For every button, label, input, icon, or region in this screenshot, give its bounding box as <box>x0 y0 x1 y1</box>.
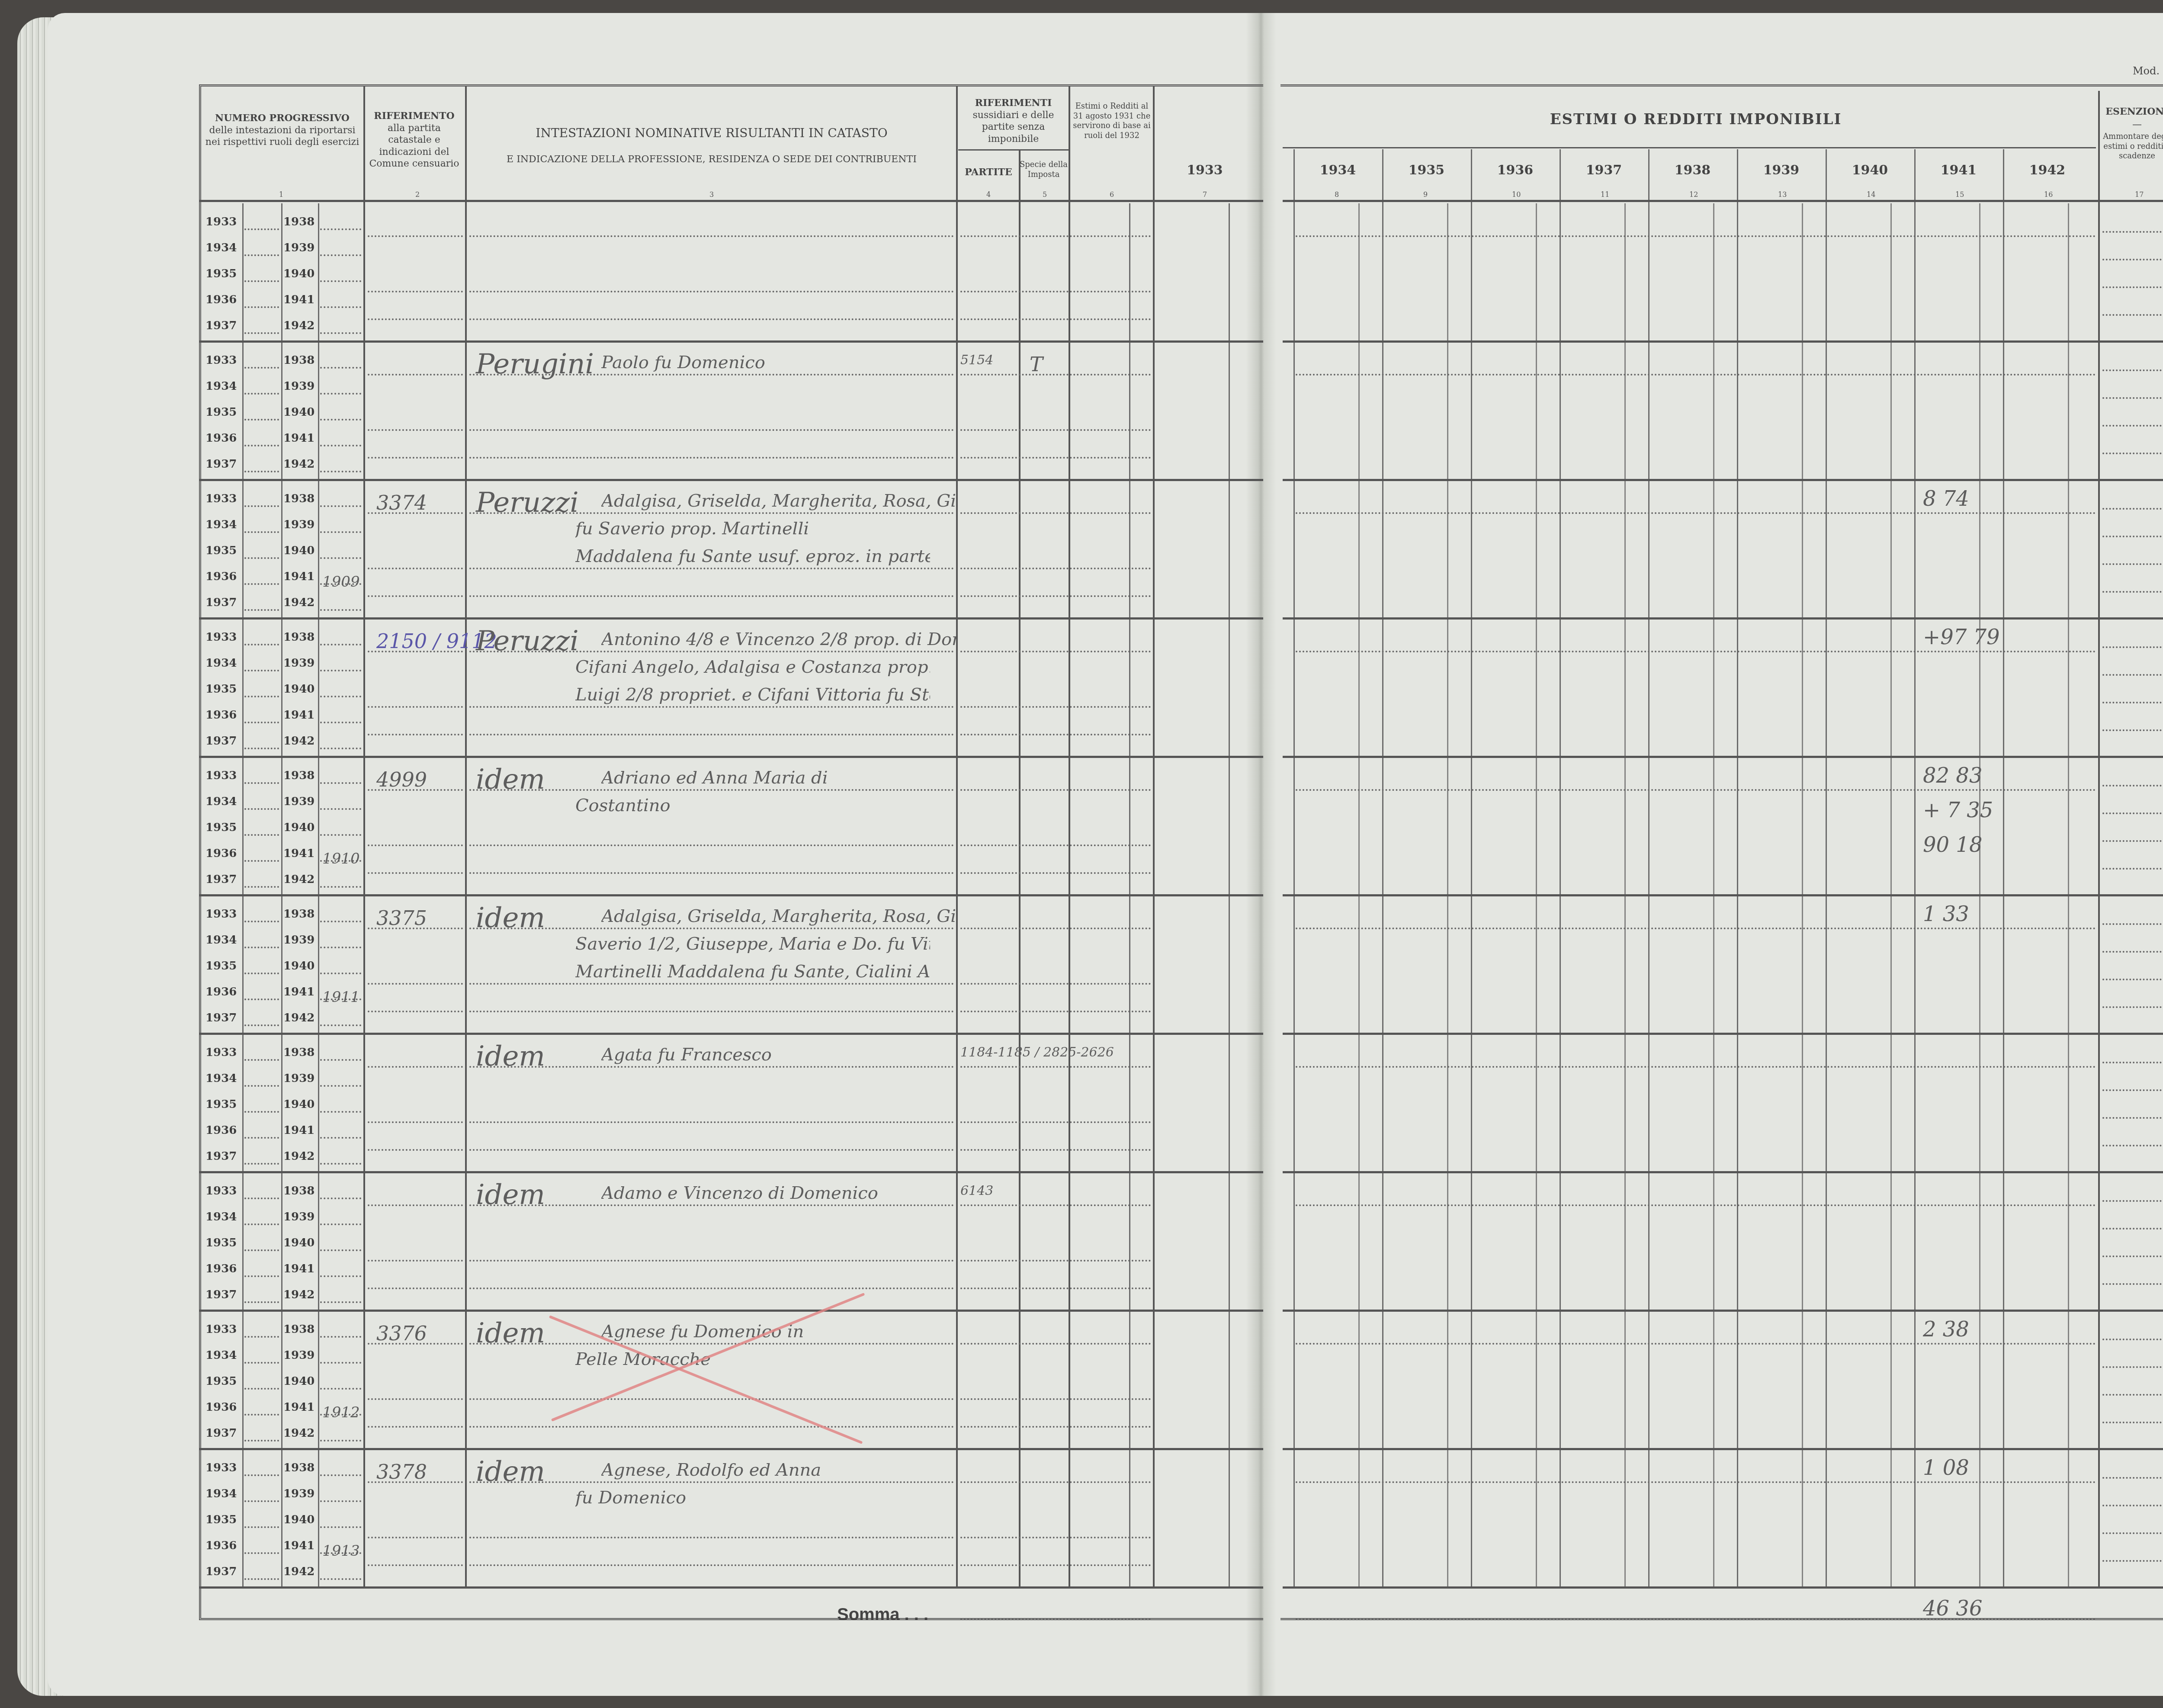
entry-dots <box>2102 979 2163 980</box>
left-vline-7 <box>1153 87 1155 1588</box>
entry-dots <box>960 1564 1151 1566</box>
record-separator <box>1283 340 2163 343</box>
entry-dots <box>2102 1477 2163 1479</box>
amount-1941: 82 83 <box>1923 764 1982 788</box>
entry-dots <box>1296 1204 2096 1206</box>
year-label: 1937 <box>205 1288 237 1301</box>
entry-dots <box>469 706 954 708</box>
left-header-rule <box>199 200 1263 202</box>
owner-name-line: Adalgisa, Griselda, Margherita, Rosa, Gi… <box>601 491 956 511</box>
col1-subtitle: delle intestazioni da riportarsi nei ris… <box>203 125 361 148</box>
subsidiary-partite: 5154 <box>960 353 993 368</box>
entry-dots <box>2102 1062 2163 1063</box>
year-label: 1934 <box>205 1487 237 1500</box>
somma-dots <box>1296 1618 2096 1620</box>
year-label: 1942 <box>283 319 315 332</box>
col5-title: Specie della Imposta <box>1019 160 1069 180</box>
year-label: 1942 <box>283 1427 315 1440</box>
entry-dots <box>244 1301 279 1303</box>
year-label: 1936 <box>205 1539 237 1552</box>
entry-dots <box>960 318 1151 320</box>
entry-dots <box>1296 1481 2096 1483</box>
entry-dots <box>244 583 279 585</box>
entry-dots <box>320 782 361 784</box>
year-label: 1940 <box>283 960 315 973</box>
owner-surname: idem <box>476 1179 545 1211</box>
entry-dots <box>244 609 279 611</box>
record-separator <box>199 894 1263 896</box>
entry-dots <box>244 782 279 784</box>
year-label: 1935 <box>205 960 237 973</box>
entry-dots <box>368 318 463 320</box>
entry-dots <box>320 644 361 645</box>
entry-dots <box>244 748 279 749</box>
owner-name-line: Cifani Angelo, Adalgisa e Costanza prop.… <box>575 657 930 677</box>
col5-number: 5 <box>1043 190 1047 199</box>
entry-dots <box>244 973 279 974</box>
entry-dots <box>320 947 361 948</box>
record-separator <box>199 1448 1263 1450</box>
year-label: 1935 <box>205 683 237 696</box>
entry-dots <box>320 1085 361 1087</box>
year-label: 1939 <box>283 518 315 531</box>
entry-dots <box>960 1260 1151 1262</box>
year-label: 1937 <box>205 1565 237 1578</box>
entry-dots <box>320 228 361 230</box>
entry-dots <box>960 1398 1151 1400</box>
entry-dots <box>368 235 463 237</box>
entry-dots <box>244 1059 279 1061</box>
subsidiary-partite: 6143 <box>960 1183 993 1198</box>
year-header-1941: 1941 <box>1914 162 2003 179</box>
entry-dots <box>244 1085 279 1087</box>
owner-name-line: Pelle Moracche <box>575 1349 711 1369</box>
record-separator <box>199 1310 1263 1312</box>
progressive-number: 1910 <box>322 850 360 867</box>
entry-dots <box>244 1388 279 1390</box>
entry-dots <box>2102 674 2163 676</box>
entry-dots <box>368 1537 463 1538</box>
entry-dots <box>368 429 463 431</box>
year-label: 1933 <box>205 1046 237 1059</box>
col6-number: 6 <box>1110 190 1114 199</box>
year-label: 1937 <box>205 1011 237 1024</box>
entry-dots <box>244 921 279 922</box>
entry-dots <box>244 1163 279 1165</box>
entry-dots <box>368 1149 463 1151</box>
entry-dots <box>368 844 463 846</box>
entry-dots <box>244 1578 279 1580</box>
entry-dots <box>368 1398 463 1400</box>
record-separator <box>199 1033 1263 1035</box>
entry-dots <box>320 609 361 611</box>
year-label: 1939 <box>283 1210 315 1223</box>
entry-dots <box>960 1011 1151 1012</box>
year-label: 1937 <box>205 873 237 886</box>
record-separator <box>1283 1033 2163 1035</box>
entry-dots <box>320 471 361 472</box>
entry-dots <box>2102 1089 2163 1091</box>
entry-dots <box>320 445 361 446</box>
cadastral-partita: 3376 <box>376 1322 427 1345</box>
entry-dots <box>2102 951 2163 953</box>
right-year-vline-6 <box>1826 149 1827 1588</box>
year-header-1942: 1942 <box>2003 162 2092 179</box>
entry-dots <box>469 1011 954 1012</box>
entry-dots <box>469 1121 954 1123</box>
entry-dots <box>368 1426 463 1428</box>
year-label: 1942 <box>283 1150 315 1163</box>
year-label: 1938 <box>283 1323 315 1336</box>
col7-number: 7 <box>1203 190 1207 199</box>
entry-dots <box>2102 563 2163 565</box>
year-header-1937: 1937 <box>1560 162 1648 179</box>
year-label: 1940 <box>283 544 315 557</box>
amount-1941: 1 33 <box>1923 902 1969 926</box>
entry-dots <box>368 1121 463 1123</box>
year-label: 1936 <box>205 432 237 445</box>
entry-dots <box>320 1137 361 1139</box>
year-label: 1935 <box>205 1513 237 1526</box>
record-separator <box>199 756 1263 758</box>
record-separator <box>199 1171 1263 1173</box>
entry-dots <box>244 696 279 697</box>
entry-dots <box>1296 928 2096 929</box>
entry-dots <box>320 367 361 369</box>
owner-surname: Perugini <box>476 348 594 380</box>
entry-dots <box>2102 1283 2163 1285</box>
entry-dots <box>2102 1006 2163 1008</box>
entry-dots <box>960 789 1151 791</box>
amount-1941: 1 08 <box>1923 1456 1969 1480</box>
entry-dots <box>469 1149 954 1151</box>
entry-dots <box>244 531 279 533</box>
owner-name-line: Luigi 2/8 propriet. e Cifani Vittoria fu… <box>575 685 930 705</box>
year-label: 1939 <box>283 380 315 393</box>
year-header-1934: 1934 <box>1293 162 1382 179</box>
entry-dots <box>320 1578 361 1580</box>
entry-dots <box>320 393 361 395</box>
tax-type: T <box>1030 353 1043 376</box>
year-col-number-11: 11 <box>1601 190 1609 199</box>
entry-dots <box>469 1564 954 1566</box>
year-label: 1934 <box>205 380 237 393</box>
col17-number: 17 <box>2135 190 2144 199</box>
entry-dots <box>2102 453 2163 454</box>
entry-dots <box>320 722 361 723</box>
year-label: 1936 <box>205 1401 237 1414</box>
entry-dots <box>320 1388 361 1390</box>
year-label: 1939 <box>283 1072 315 1085</box>
year-label: 1936 <box>205 986 237 998</box>
entry-dots <box>960 1121 1151 1123</box>
entry-dots <box>960 291 1151 292</box>
amount-1941: 8 74 <box>1923 487 1969 511</box>
year-label: 1939 <box>283 1349 315 1362</box>
owner-surname: idem <box>476 902 545 934</box>
owner-surname: Peruzzi <box>476 487 579 519</box>
col4-number: 4 <box>986 190 991 199</box>
entry-dots <box>960 568 1151 569</box>
year-label: 1940 <box>283 406 315 419</box>
entry-dots <box>244 1500 279 1502</box>
entry-dots <box>368 706 463 708</box>
entry-dots <box>244 505 279 507</box>
year-label: 1939 <box>283 657 315 670</box>
left-vline-4 <box>1019 149 1021 1588</box>
owner-name-line: Adalgisa, Griselda, Margherita, Rosa, Gi… <box>601 906 956 926</box>
owner-surname: idem <box>476 1040 545 1072</box>
entry-dots <box>320 531 361 533</box>
entry-dots <box>960 1149 1151 1151</box>
col17-dash: — <box>2100 119 2163 131</box>
year-label: 1933 <box>205 1461 237 1474</box>
owner-name-line: Costantino <box>575 796 671 815</box>
cadastral-partita: 3378 <box>376 1460 427 1483</box>
entry-dots <box>2102 1255 2163 1257</box>
year-col-number-8: 8 <box>1335 190 1339 199</box>
entry-dots <box>320 1474 361 1476</box>
entry-dots <box>1296 374 2096 376</box>
entry-dots <box>469 235 954 237</box>
entry-dots <box>960 235 1151 237</box>
entry-dots <box>244 834 279 836</box>
entry-dots <box>1296 1066 2096 1068</box>
col45-header: RIFERIMENTI sussidiari e delle partite s… <box>958 97 1069 145</box>
year-label: 1941 <box>283 847 315 860</box>
year-label: 1938 <box>283 215 315 228</box>
entry-dots <box>244 722 279 723</box>
year-col-number-16: 16 <box>2044 190 2053 199</box>
owner-name-line: Saverio 1/2, Giuseppe, Maria e Do. fu Vi… <box>575 934 930 954</box>
year-label: 1939 <box>283 1487 315 1500</box>
total-1941: 46 36 <box>1923 1596 1982 1621</box>
entry-dots <box>320 1526 361 1528</box>
entry-dots <box>469 1287 954 1289</box>
entry-dots <box>2102 1200 2163 1202</box>
year-col-number-10: 10 <box>1512 190 1521 199</box>
entry-dots <box>368 568 463 569</box>
year-label: 1940 <box>283 683 315 696</box>
entry-dots <box>368 1011 463 1012</box>
entry-dots <box>244 1526 279 1528</box>
owner-name-line: fu Domenico <box>575 1488 686 1508</box>
year-label: 1937 <box>205 596 237 609</box>
year-label: 1938 <box>283 1046 315 1059</box>
owner-surname: idem <box>476 1456 545 1488</box>
right-vline-esenzioni <box>2098 91 2100 1588</box>
entry-dots <box>244 947 279 948</box>
year-label: 1942 <box>283 1288 315 1301</box>
form-title: Mod. 111 - Imposte Dirette (Intercalare)… <box>2133 65 2163 77</box>
entry-dots <box>2102 536 2163 537</box>
entry-dots <box>469 568 954 569</box>
entry-dots <box>2102 840 2163 842</box>
record-separator <box>1283 479 2163 481</box>
year-label: 1938 <box>283 1461 315 1474</box>
right-header-rule <box>1283 200 2163 202</box>
right-year-vline-3 <box>1560 149 1561 1588</box>
year-label: 1941 <box>283 986 315 998</box>
entry-dots <box>2102 397 2163 399</box>
entry-dots <box>320 834 361 836</box>
entry-dots <box>244 1275 279 1277</box>
year-label: 1936 <box>205 570 237 583</box>
cadastral-partita: 4999 <box>376 768 427 791</box>
entry-dots <box>2102 425 2163 427</box>
record-separator <box>199 1586 1263 1589</box>
entry-dots <box>469 429 954 431</box>
somma-label: Somma . . . <box>837 1605 928 1625</box>
entry-dots <box>244 1024 279 1026</box>
entry-dots <box>960 1481 1151 1483</box>
entry-dots <box>2102 1422 2163 1423</box>
entry-dots <box>244 1552 279 1554</box>
year-label: 1935 <box>205 406 237 419</box>
somma-dots <box>960 1618 1151 1620</box>
entry-dots <box>368 374 463 376</box>
col45-title: RIFERIMENTI <box>958 97 1069 109</box>
entry-dots <box>320 1111 361 1113</box>
entry-dots <box>1296 789 2096 791</box>
entry-dots <box>244 557 279 559</box>
year-label: 1941 <box>283 293 315 306</box>
entry-dots <box>368 457 463 459</box>
year-label: 1936 <box>205 847 237 860</box>
year-label: 1935 <box>205 544 237 557</box>
entry-dots <box>320 1301 361 1303</box>
record-separator <box>1283 1310 2163 1312</box>
entry-dots <box>368 291 463 292</box>
owner-name-line: Antonino 4/8 e Vincenzo 2/8 prop. di Dom… <box>601 629 956 649</box>
year-label: 1940 <box>283 1375 315 1388</box>
entry-dots <box>244 228 279 230</box>
year-label: 1938 <box>283 631 315 644</box>
entry-dots <box>960 1066 1151 1068</box>
entry-dots <box>244 886 279 888</box>
year-label: 1942 <box>283 1565 315 1578</box>
amount-1941: +97 79 <box>1923 625 2000 649</box>
amount-1941: 2 38 <box>1923 1317 1969 1342</box>
entry-dots <box>244 306 279 308</box>
entry-dots <box>320 1163 361 1165</box>
col4-title: PARTITE <box>958 167 1019 179</box>
entry-dots <box>2102 1532 2163 1534</box>
col3-number: 3 <box>709 190 714 199</box>
record-separator <box>199 617 1263 620</box>
owner-surname: idem <box>476 1317 545 1349</box>
year-label: 1941 <box>283 1539 315 1552</box>
owner-name-line: Agnese, Rodolfo ed Anna <box>601 1460 821 1480</box>
col17-subtitle: Ammontare degli estimi o redditi e scade… <box>2102 132 2163 161</box>
entry-dots <box>244 1474 279 1476</box>
entry-dots <box>244 332 279 334</box>
entry-dots <box>320 1198 361 1199</box>
col3-header: INTESTAZIONI NOMINATIVE RISULTANTI IN CA… <box>467 125 956 166</box>
year-label: 1934 <box>205 795 237 808</box>
owner-name-line: Agata fu Francesco <box>601 1045 772 1065</box>
owner-name-line: Paolo fu Domenico <box>601 353 765 372</box>
col1-title: NUMERO PROGRESSIVO <box>203 112 361 125</box>
entry-dots <box>469 734 954 735</box>
year-label: 1942 <box>283 596 315 609</box>
year-header-1940: 1940 <box>1826 162 1914 179</box>
year-label: 1933 <box>205 215 237 228</box>
entry-dots <box>368 1564 463 1566</box>
right-year-vline-0 <box>1293 149 1295 1588</box>
entry-dots <box>2102 1145 2163 1146</box>
year-col-number-9: 9 <box>1423 190 1428 199</box>
owner-surname: Peruzzi <box>476 625 579 657</box>
left-vline-2 <box>465 87 467 1588</box>
entry-dots <box>244 471 279 472</box>
year-label: 1934 <box>205 657 237 670</box>
col2-subtitle: alla partita catastale e indicazioni del… <box>366 122 463 170</box>
year-label: 1940 <box>283 821 315 834</box>
year-label: 1934 <box>205 1210 237 1223</box>
entry-dots <box>320 748 361 749</box>
entry-dots <box>960 844 1151 846</box>
entry-dots <box>1296 235 2096 237</box>
record-separator <box>1283 617 2163 620</box>
year-header-1938: 1938 <box>1648 162 1737 179</box>
entry-dots <box>2102 1117 2163 1119</box>
year-label: 1938 <box>283 492 315 505</box>
entry-dots <box>960 734 1151 735</box>
year-label: 1942 <box>283 735 315 748</box>
entry-dots <box>320 557 361 559</box>
entry-dots <box>2102 1339 2163 1340</box>
year-label: 1933 <box>205 354 237 367</box>
cadastral-partita: 3375 <box>376 906 427 930</box>
year-header-1939: 1939 <box>1737 162 1826 179</box>
entry-dots <box>320 306 361 308</box>
right-year-vline-8 <box>2003 149 2004 1588</box>
entry-dots <box>244 1198 279 1199</box>
entry-dots <box>960 374 1151 376</box>
year-label: 1942 <box>283 458 315 471</box>
year-label: 1933 <box>205 1185 237 1198</box>
year-label: 1934 <box>205 241 237 254</box>
entry-dots <box>2102 369 2163 371</box>
entry-dots <box>960 1426 1151 1428</box>
entry-dots <box>244 1137 279 1139</box>
entry-dots <box>469 318 954 320</box>
col6-title: Estimi o Redditi al 31 agosto 1931 che s… <box>1071 102 1153 141</box>
entry-dots <box>320 280 361 282</box>
entry-dots <box>2102 923 2163 925</box>
entry-dots <box>960 1537 1151 1538</box>
year-col-number-13: 13 <box>1778 190 1787 199</box>
entry-dots <box>469 1537 954 1538</box>
entry-dots <box>2102 1560 2163 1562</box>
entry-dots <box>960 706 1151 708</box>
right-year-vline-4 <box>1648 149 1650 1588</box>
cadastral-partita: 3374 <box>376 491 427 514</box>
col3-title: INTESTAZIONI NOMINATIVE RISULTANTI IN CA… <box>467 125 956 141</box>
col1-header: NUMERO PROGRESSIVO delle intestazioni da… <box>203 112 361 148</box>
left-vline-1 <box>363 87 365 1588</box>
left-vline-3 <box>956 87 958 1588</box>
year-label: 1938 <box>283 908 315 921</box>
entry-dots <box>320 1362 361 1364</box>
entry-dots <box>320 1440 361 1442</box>
year-label: 1942 <box>283 1011 315 1024</box>
entry-dots <box>244 998 279 1000</box>
year-label: 1940 <box>283 1098 315 1111</box>
entry-dots <box>2102 508 2163 510</box>
subsidiary-partite: 1184-1185 / 2825-2626 <box>960 1045 1114 1060</box>
